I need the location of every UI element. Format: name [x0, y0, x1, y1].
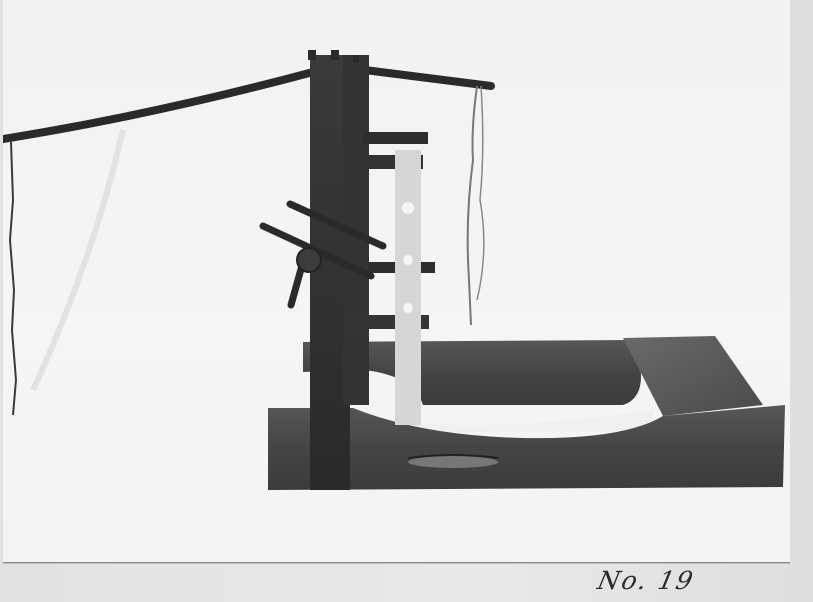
- hanging-cord: [468, 86, 477, 325]
- catalog-number-label: No. 19: [595, 566, 697, 595]
- loom-photo: [3, 0, 790, 562]
- left-hanging-string: [10, 142, 16, 415]
- light-slat: [395, 150, 421, 425]
- cloth-board: [623, 336, 763, 416]
- backdrop-fold: [33, 130, 123, 390]
- beam-hub: [297, 248, 321, 272]
- photograph: [3, 0, 790, 563]
- mount-card: No. 19: [0, 0, 813, 602]
- upper-arm: [363, 132, 428, 144]
- base-slot: [408, 456, 498, 468]
- lever-pole: [3, 72, 313, 139]
